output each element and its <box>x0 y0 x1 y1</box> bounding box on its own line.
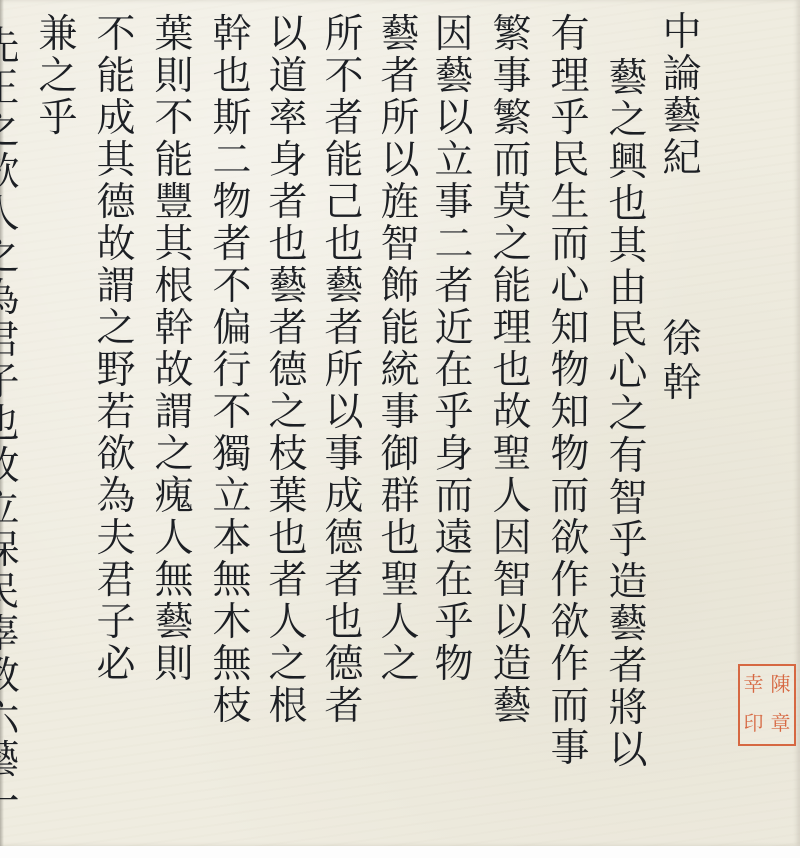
title-column: 中論藝紀 <box>654 12 710 180</box>
character: 藝 <box>151 602 197 644</box>
character: 根 <box>151 266 197 308</box>
character: 物 <box>547 350 593 392</box>
character: 葉 <box>151 14 197 56</box>
character: 先 <box>0 26 23 68</box>
character: 教 <box>0 656 23 698</box>
character: 行 <box>209 350 255 392</box>
character: 藝 <box>431 56 477 98</box>
character: 人 <box>265 602 311 644</box>
character: 葉 <box>265 476 311 518</box>
character: 以 <box>321 392 367 434</box>
character: 心 <box>605 352 651 394</box>
character: 枝 <box>265 434 311 476</box>
character: 乎 <box>431 392 477 434</box>
character: 以 <box>265 14 311 56</box>
character: 欲 <box>547 518 593 560</box>
character: 必 <box>93 644 139 686</box>
character: 故 <box>489 392 535 434</box>
seal-character: 陳 <box>767 666 794 705</box>
character: 君 <box>93 560 139 602</box>
character: 無 <box>151 560 197 602</box>
character: 藝 <box>659 96 705 138</box>
character: 所 <box>321 350 367 392</box>
character: 之 <box>35 56 81 98</box>
character: 理 <box>547 56 593 98</box>
character: 子 <box>93 602 139 644</box>
text-column-4: 因藝以立事二者近在乎身而遠在乎物 <box>426 14 482 686</box>
character: 而 <box>547 686 593 728</box>
character: 者 <box>321 98 367 140</box>
character: 藝 <box>489 686 535 728</box>
character: 所 <box>377 98 423 140</box>
character: 木 <box>209 602 255 644</box>
character: 也 <box>605 184 651 226</box>
character: 欲 <box>547 602 593 644</box>
character: 者 <box>321 686 367 728</box>
character: 身 <box>431 434 477 476</box>
character: 者 <box>605 646 651 688</box>
character: 近 <box>431 308 477 350</box>
character: 德 <box>321 644 367 686</box>
character: 造 <box>489 644 535 686</box>
character: 乎 <box>35 98 81 140</box>
character: 夫 <box>93 518 139 560</box>
character: 本 <box>209 518 255 560</box>
character: 故 <box>151 350 197 392</box>
character: 率 <box>265 98 311 140</box>
character: 乎 <box>547 98 593 140</box>
character: 德 <box>265 350 311 392</box>
seal-character: 幸 <box>740 666 767 705</box>
character: 藝 <box>377 14 423 56</box>
character: 中 <box>659 12 705 54</box>
character: 聖 <box>377 560 423 602</box>
character: 繁 <box>489 98 535 140</box>
character: 理 <box>489 308 535 350</box>
text-column-7: 以道率身者也藝者德之枝葉也者人之根 <box>260 14 316 728</box>
character: 統 <box>377 350 423 392</box>
character: 在 <box>431 560 477 602</box>
character: 紀 <box>659 138 705 180</box>
character: 作 <box>547 644 593 686</box>
character: 王 <box>0 68 23 110</box>
character: 之 <box>605 100 651 142</box>
character: 也 <box>321 602 367 644</box>
character: 斯 <box>209 98 255 140</box>
character: 其 <box>605 226 651 268</box>
character: 之 <box>489 224 535 266</box>
character: 人 <box>377 602 423 644</box>
character: 偏 <box>209 308 255 350</box>
text-column-3: 繁事繁而莫之能理也故聖人因智以造藝 <box>484 14 540 728</box>
text-column-8: 幹也斯二物者不偏行不獨立本無木無枝 <box>204 14 260 728</box>
character: 物 <box>431 644 477 686</box>
character: 若 <box>93 392 139 434</box>
character: 獨 <box>209 434 255 476</box>
character: 者 <box>321 560 367 602</box>
character: 者 <box>265 560 311 602</box>
character: 民 <box>605 310 651 352</box>
character: 人 <box>151 518 197 560</box>
character: 知 <box>547 308 593 350</box>
character: 根 <box>265 686 311 728</box>
character: 飾 <box>377 266 423 308</box>
character: 無 <box>209 644 255 686</box>
character: 立 <box>431 140 477 182</box>
character: 故 <box>0 446 23 488</box>
character: 之 <box>605 394 651 436</box>
character: 欲 <box>0 152 23 194</box>
character: 有 <box>605 436 651 478</box>
character: 不 <box>209 392 255 434</box>
character: 而 <box>547 224 593 266</box>
character: 藝 <box>605 58 651 100</box>
character: 者 <box>265 182 311 224</box>
character: 由 <box>605 268 651 310</box>
character: 一 <box>0 782 23 824</box>
character: 者 <box>431 266 477 308</box>
character: 幹 <box>151 308 197 350</box>
character: 子 <box>0 362 23 404</box>
character: 而 <box>547 476 593 518</box>
character: 之 <box>151 434 197 476</box>
character: 能 <box>489 266 535 308</box>
character: 不 <box>321 56 367 98</box>
character: 也 <box>265 518 311 560</box>
text-column-11: 兼之乎 <box>30 14 86 140</box>
character: 立 <box>209 476 255 518</box>
character: 立 <box>0 488 23 530</box>
character: 其 <box>93 140 139 182</box>
character: 不 <box>93 14 139 56</box>
character: 藝 <box>0 740 23 782</box>
scan-margin <box>0 846 800 858</box>
character: 民 <box>0 572 23 614</box>
character: 以 <box>377 140 423 182</box>
character: 智 <box>605 478 651 520</box>
character: 事 <box>547 728 593 770</box>
text-column-1: 藝之興也其由民心之有智乎造藝者將以 <box>600 58 656 772</box>
character: 以 <box>431 98 477 140</box>
character: 之 <box>265 392 311 434</box>
character: 者 <box>209 224 255 266</box>
character: 身 <box>265 140 311 182</box>
character: 有 <box>547 14 593 56</box>
character: 繁 <box>489 14 535 56</box>
character: 知 <box>547 392 593 434</box>
character: 其 <box>151 224 197 266</box>
character: 幹 <box>662 362 701 406</box>
character: 也 <box>265 224 311 266</box>
text-column-6: 所不者能己也藝者所以事成德者也德者 <box>316 14 372 728</box>
character: 則 <box>151 644 197 686</box>
character: 能 <box>151 140 197 182</box>
character: 論 <box>659 54 705 96</box>
character: 者 <box>265 308 311 350</box>
text-column-12: 先王之欲人之為君子也故立保民辜教六藝一 <box>0 26 28 824</box>
character: 聖 <box>489 434 535 476</box>
character: 欲 <box>93 434 139 476</box>
character: 君 <box>0 320 23 362</box>
character: 能 <box>377 308 423 350</box>
character: 之 <box>0 236 23 278</box>
character: 作 <box>547 560 593 602</box>
character: 能 <box>321 140 367 182</box>
character: 以 <box>489 602 535 644</box>
character: 枝 <box>209 686 255 728</box>
character: 成 <box>93 98 139 140</box>
seal-character: 印 <box>740 705 767 744</box>
character: 旌 <box>377 182 423 224</box>
character: 事 <box>377 392 423 434</box>
character: 事 <box>489 56 535 98</box>
character: 將 <box>605 688 651 730</box>
character: 因 <box>489 518 535 560</box>
character: 也 <box>489 350 535 392</box>
character: 遠 <box>431 518 477 560</box>
character: 者 <box>321 308 367 350</box>
character: 辜 <box>0 614 23 656</box>
character: 二 <box>431 224 477 266</box>
character: 事 <box>431 182 477 224</box>
character: 之 <box>0 110 23 152</box>
author-signature: 徐幹 <box>654 318 710 406</box>
character: 為 <box>93 476 139 518</box>
text-column-9: 葉則不能豐其根幹故謂之瘣人無藝則 <box>146 14 202 686</box>
character: 因 <box>431 14 477 56</box>
character: 野 <box>93 350 139 392</box>
character: 所 <box>321 14 367 56</box>
character: 人 <box>489 476 535 518</box>
character: 成 <box>321 476 367 518</box>
character: 為 <box>0 278 23 320</box>
character: 以 <box>605 730 651 772</box>
character: 在 <box>431 350 477 392</box>
character: 造 <box>605 562 651 604</box>
character: 興 <box>605 142 651 184</box>
character: 則 <box>151 56 197 98</box>
character: 不 <box>151 98 197 140</box>
seal-character: 章 <box>767 705 794 744</box>
text-column-2: 有理乎民生而心知物知物而欲作欲作而事 <box>542 14 598 770</box>
text-column-10: 不能成其德故謂之野若欲為夫君子必 <box>88 14 144 686</box>
character: 二 <box>209 140 255 182</box>
red-seal-stamp: 幸陳印章 <box>738 664 796 746</box>
character: 己 <box>321 182 367 224</box>
character: 藝 <box>605 604 651 646</box>
character: 德 <box>93 182 139 224</box>
character: 瘣 <box>151 476 197 518</box>
character: 者 <box>377 56 423 98</box>
character: 故 <box>93 224 139 266</box>
text-column-5: 藝者所以旌智飾能統事御群也聖人之 <box>372 14 428 686</box>
character: 物 <box>547 434 593 476</box>
character: 事 <box>321 434 367 476</box>
character: 也 <box>321 224 367 266</box>
character: 之 <box>93 308 139 350</box>
character: 而 <box>489 140 535 182</box>
character: 兼 <box>35 14 81 56</box>
character: 之 <box>377 644 423 686</box>
character: 乎 <box>431 602 477 644</box>
character: 之 <box>265 644 311 686</box>
character: 無 <box>209 560 255 602</box>
character: 保 <box>0 530 23 572</box>
character: 道 <box>265 56 311 98</box>
character: 民 <box>547 140 593 182</box>
character: 謂 <box>93 266 139 308</box>
character: 而 <box>431 476 477 518</box>
character: 能 <box>93 56 139 98</box>
character: 群 <box>377 476 423 518</box>
character: 也 <box>0 404 23 446</box>
character: 乎 <box>605 520 651 562</box>
character: 豐 <box>151 182 197 224</box>
character: 德 <box>321 518 367 560</box>
character: 不 <box>209 266 255 308</box>
character: 物 <box>209 182 255 224</box>
character: 藝 <box>321 266 367 308</box>
character: 謂 <box>151 392 197 434</box>
character: 藝 <box>265 266 311 308</box>
character: 莫 <box>489 182 535 224</box>
character: 心 <box>547 266 593 308</box>
character: 智 <box>489 560 535 602</box>
character: 御 <box>377 434 423 476</box>
character: 徐 <box>662 318 701 362</box>
character: 六 <box>0 698 23 740</box>
character: 也 <box>377 518 423 560</box>
character: 生 <box>547 182 593 224</box>
character: 人 <box>0 194 23 236</box>
character: 也 <box>209 56 255 98</box>
character: 幹 <box>209 14 255 56</box>
character: 智 <box>377 224 423 266</box>
